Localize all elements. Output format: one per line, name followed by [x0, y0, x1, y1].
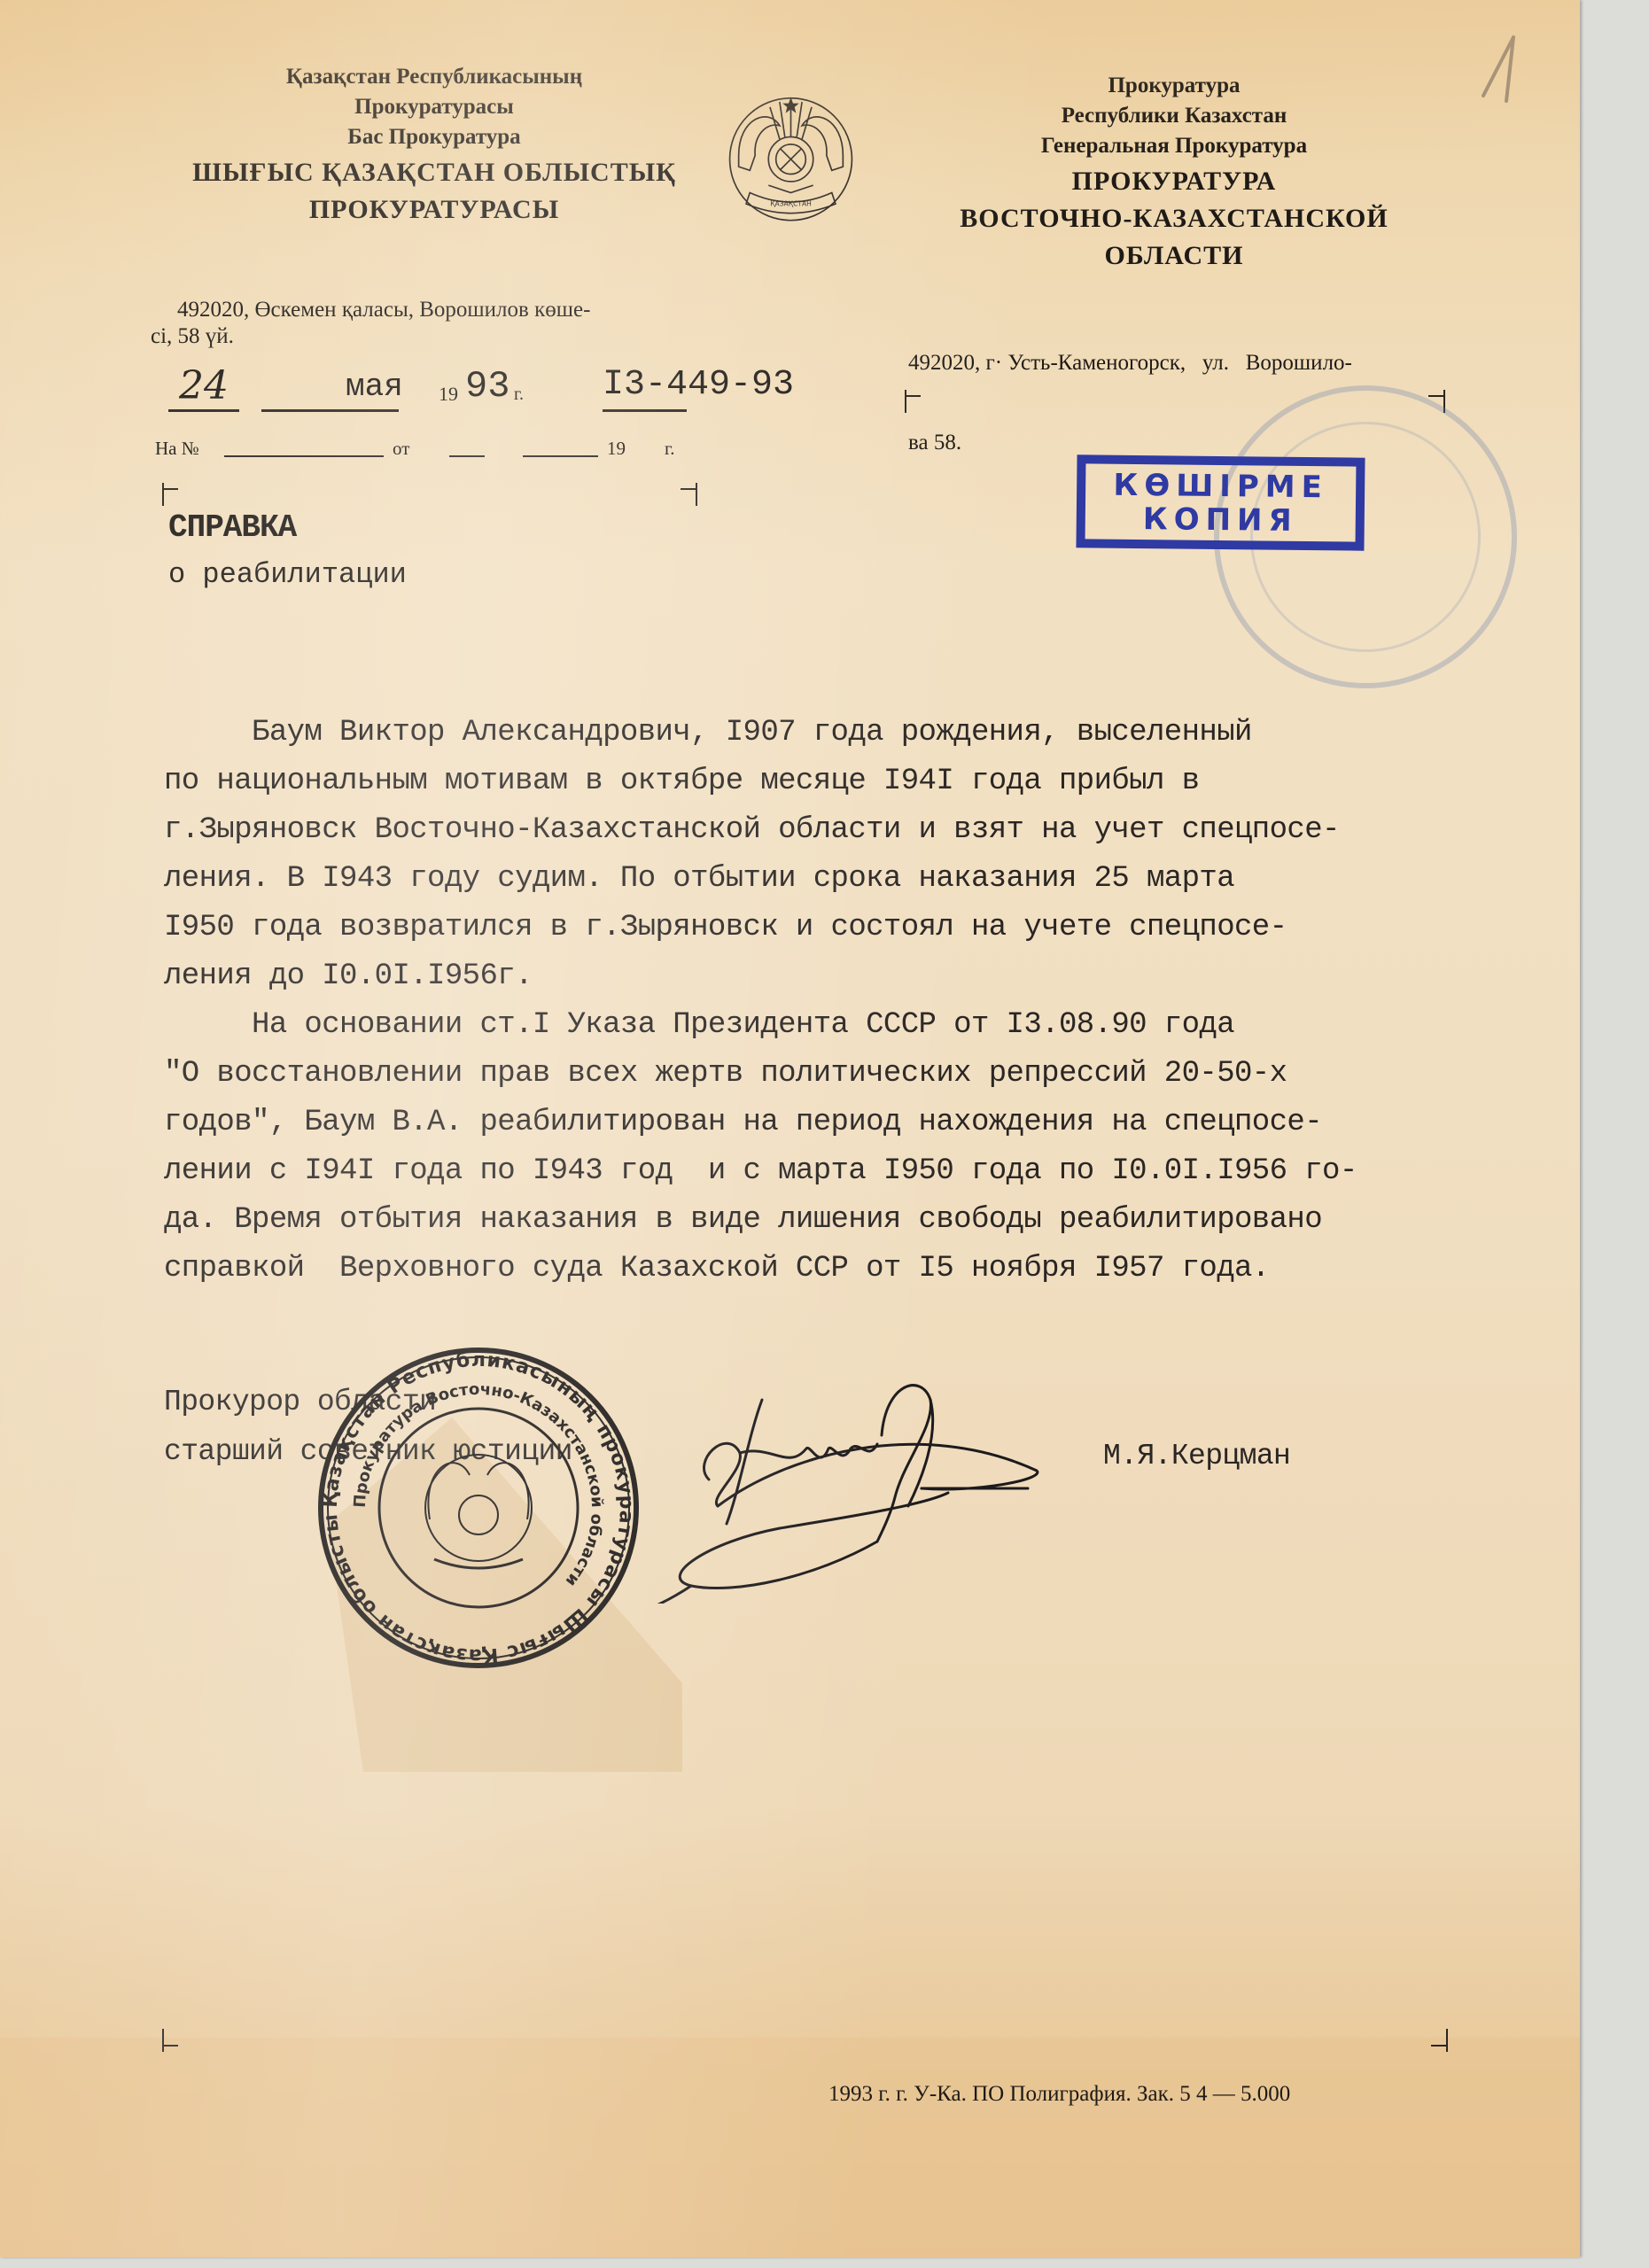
body-line: ления. В I943 году судим. По отбытии сро… — [164, 855, 1357, 904]
corner-mark-top-left — [159, 483, 179, 506]
address-right-line1: 492020, г· Усть-Каменогорск, ул. Ворошил… — [908, 350, 1475, 377]
header-right: Прокуратура Республики Казахстан Генерал… — [939, 71, 1409, 275]
date-day: 24 — [168, 363, 239, 412]
header-left-line3: Бас Прокуратура — [151, 122, 718, 152]
signatory-name: М.Я.Керцман — [1103, 1440, 1290, 1472]
header-right-line1: Прокуратура — [939, 71, 1409, 101]
date-year-abbr: г. — [514, 384, 524, 405]
header-right-org3: ОБЛАСТИ — [939, 237, 1409, 275]
date-blank — [261, 363, 350, 412]
document-subtitle: о реабилитации — [168, 558, 407, 591]
corner-mark-top-mid — [681, 483, 700, 506]
tape-overlay — [0, 2038, 1580, 2257]
kazakhstan-emblem-icon: ҚАЗАҚСТАН — [709, 78, 873, 233]
date-year: 93 — [465, 365, 509, 408]
official-round-seal: Қазақстан Республикасының прокуратурасы … — [315, 1342, 642, 1674]
reply-number-field — [224, 455, 384, 457]
corner-mark-top-right-left — [902, 390, 922, 413]
body-line: справкой Верховного суда Казахской ССР о… — [164, 1245, 1357, 1293]
header-right-org1: ПРОКУРАТУРА — [939, 163, 1409, 200]
copy-stamp-line1: КӨШІРМЕ — [1085, 468, 1356, 504]
body-line: по национальным мотивам в октябре месяце… — [164, 757, 1357, 806]
header-right-line3: Генеральная Прокуратура — [939, 131, 1409, 161]
document-page: Қазақстан Республикасының Прокуратурасы … — [0, 0, 1580, 2257]
handwritten-signature — [656, 1364, 1099, 1604]
header-left-org2: ПРОКУРАТУРАСЫ — [151, 191, 718, 229]
body-line: да. Время отбытия наказания в виде лишен… — [164, 1196, 1357, 1245]
body-line: г.Зыряновск Восточно-Казахстанской облас… — [164, 806, 1357, 855]
corner-mark-bottom-right — [1431, 2029, 1451, 2052]
document-body: Баум Виктор Александрович, I907 года рож… — [164, 709, 1357, 1293]
reply-ot-label: от — [393, 438, 409, 460]
page-number-pencil-mark — [1471, 34, 1524, 105]
header-left: Қазақстан Республикасының Прокуратурасы … — [151, 62, 718, 229]
reply-day-field — [449, 455, 485, 457]
document-title: СПРАВКА — [168, 509, 296, 546]
corner-mark-bottom-left — [159, 2029, 179, 2052]
date-row: 24 мая 19 93 г. I3-449-93 — [159, 363, 797, 416]
body-line: ления до I0.0I.I956г. — [164, 952, 1357, 1001]
header-left-org: ШЫҒЫС ҚАЗАҚСТАН ОБЛЫСТЫҚ — [151, 154, 718, 191]
body-line: На основании ст.I Указа Президента СССР … — [164, 1001, 1357, 1050]
reply-row: На № от 19 г. — [155, 434, 722, 470]
address-left-line1: 492020, Өскемен қаласы, Ворошилов көше- — [151, 297, 753, 323]
body-line: "О восстановлении прав всех жертв полити… — [164, 1050, 1357, 1099]
reply-year-abbr: г. — [665, 438, 675, 460]
body-line: Баум Виктор Александрович, I907 года рож… — [164, 709, 1357, 757]
svg-text:ҚАЗАҚСТАН: ҚАЗАҚСТАН — [770, 200, 812, 208]
date-month-underline — [354, 363, 394, 412]
header-left-line1: Қазақстан Республикасының — [151, 62, 718, 92]
header-right-org2: ВОСТОЧНО-КАЗАХСТАНСКОЙ — [939, 200, 1409, 237]
date-year-prefix: 19 — [439, 383, 458, 406]
header-left-line2: Прокуратурасы — [151, 92, 718, 122]
address-left-line2: сі, 58 үй. — [151, 323, 753, 350]
copy-stamp: КӨШІРМЕ КОПИЯ — [1076, 454, 1365, 550]
svg-text:Прокуратура Восточно-Казахстан: Прокуратура Восточно-Казахстанской облас… — [351, 1380, 606, 1590]
body-line: лении с I94I года по I943 год и с марта … — [164, 1147, 1357, 1196]
reply-year-prefix: 19 — [607, 438, 626, 460]
print-footer: 1993 г. г. У-Ка. ПО Полиграфия. Зак. 5 4… — [828, 2082, 1290, 2107]
body-line: I950 года возвратился в г.Зыряновск и со… — [164, 904, 1357, 952]
copy-stamp-line2: КОПИЯ — [1085, 501, 1356, 538]
reply-na-label: На № — [155, 438, 199, 460]
reply-month-field — [523, 455, 598, 457]
address-left: 492020, Өскемен қаласы, Ворошилов көше- … — [151, 297, 753, 350]
body-line: годов", Баум В.А. реабилитирован на пери… — [164, 1099, 1357, 1147]
header-right-line2: Республики Казахстан — [939, 101, 1409, 131]
reference-underline — [603, 363, 687, 412]
